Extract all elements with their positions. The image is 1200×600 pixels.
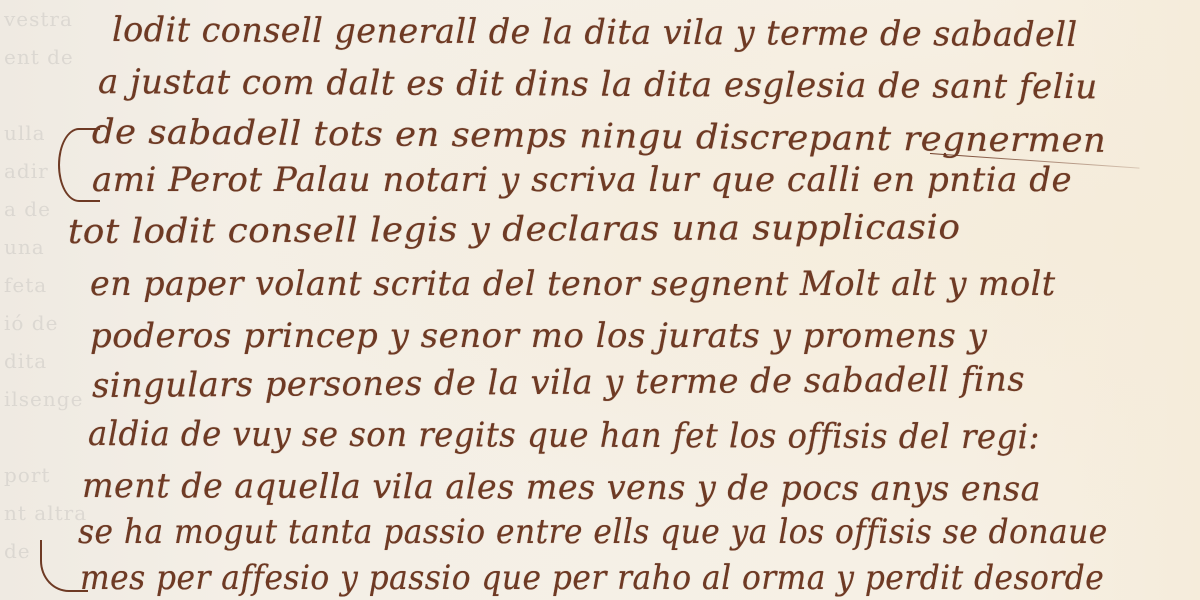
manuscript-line-1: lodit consell generall de la dita vila y…	[112, 10, 1078, 55]
manuscript-page: vestra ent de ulla adir a de una feta ió…	[0, 0, 1200, 600]
margin-flourish-icon	[40, 540, 88, 592]
manuscript-line-11: se ha mogut tanta passio entre ells que …	[78, 512, 1108, 552]
manuscript-line-4: ami Perot Palau notari y scriva lur que …	[92, 160, 1072, 200]
manuscript-text: lodit consell generall de la dita vila y…	[0, 0, 1200, 600]
manuscript-line-7: poderos princep y senor mo los jurats y …	[90, 316, 987, 356]
manuscript-line-9: aldia de vuy se son regits que han fet l…	[88, 414, 1040, 457]
manuscript-line-6: en paper volant scrita del tenor segnent…	[90, 264, 1056, 304]
manuscript-line-12: mes per affesio y passio que per raho al…	[80, 558, 1104, 598]
manuscript-line-2: a justat com dalt es dit dins la dita es…	[98, 62, 1098, 107]
manuscript-line-10: ment de aquella vila ales mes vens y de …	[82, 466, 1041, 509]
manuscript-line-8: singulars persones de la vila y terme de…	[92, 359, 1025, 406]
manuscript-line-5: tot lodit consell legis y declaras una s…	[68, 207, 961, 252]
manuscript-line-3: de sabadell tots en semps ningu discrepa…	[92, 112, 1107, 161]
margin-flourish-icon	[58, 128, 100, 202]
